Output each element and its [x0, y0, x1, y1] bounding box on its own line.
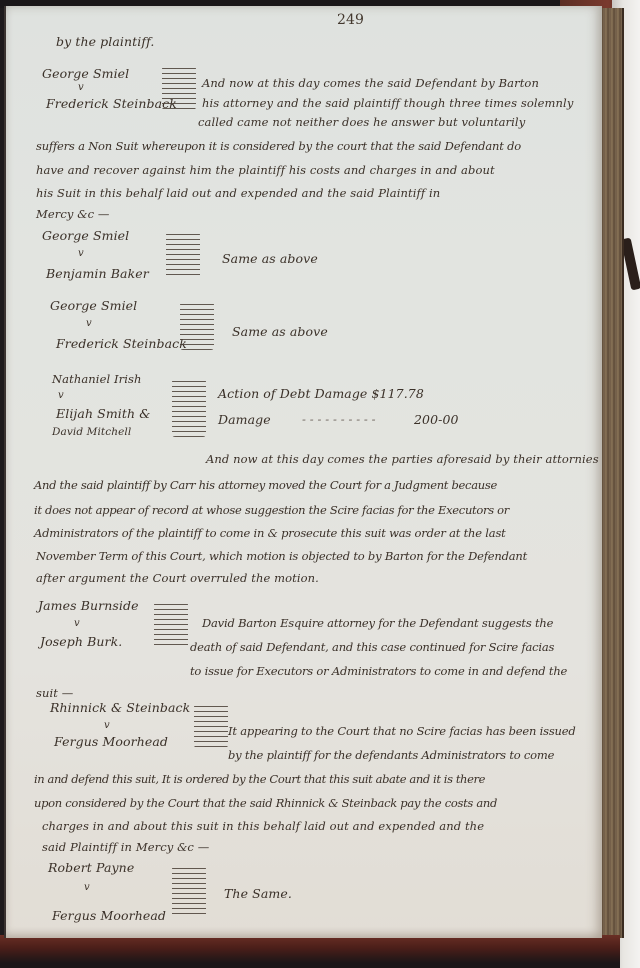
book-cover-bottom — [0, 935, 620, 968]
entry-text-line: The Same. — [224, 886, 292, 901]
entry-text-line: suit — — [36, 686, 73, 700]
damage-amount: 200-00 — [414, 412, 459, 427]
bracket-icon — [172, 866, 206, 918]
entry-text-line: November Term of this Court, which motio… — [36, 549, 527, 563]
plaintiff-name: James Burnside — [38, 598, 139, 613]
entry-text-line: after argument the Court overruled the m… — [36, 571, 319, 585]
entry-text-line: to issue for Executors or Administrators… — [190, 664, 567, 678]
entry-text-line: And now at this day comes the said Defen… — [202, 76, 539, 90]
entry-text-line: It appearing to the Court that no Scire … — [228, 724, 576, 738]
versus-mark: v — [104, 720, 110, 731]
defendant-name: Joseph Burk. — [40, 634, 122, 649]
entry-text-line: Mercy &c — — [36, 207, 110, 221]
bracket-icon — [194, 704, 228, 748]
defendant-name: Fergus Moorhead — [52, 908, 166, 923]
versus-mark: v — [58, 390, 64, 401]
entry-text-line: it does not appear of record at whose su… — [34, 503, 509, 517]
entry-text-line: Action of Debt Damage $117.78 — [218, 386, 424, 401]
plaintiff-name: George Smiel — [42, 66, 129, 81]
entry-text-line: Administrators of the plaintiff to come … — [34, 526, 506, 540]
entry-text-line: suffers a Non Suit whereupon it is consi… — [36, 139, 521, 153]
versus-mark: v — [74, 618, 80, 629]
ledger-page: 249 by the plaintiff. George Smiel v Fre… — [4, 6, 602, 938]
plaintiff-name: Rhinnick & Steinback — [50, 700, 190, 715]
defendant-name-2: David Mitchell — [52, 426, 131, 438]
defendant-name: Frederick Steinback — [56, 336, 187, 351]
plaintiff-name: Robert Payne — [48, 860, 134, 875]
entry-text-line: upon considered by the Court that the sa… — [34, 796, 497, 810]
plaintiff-name: George Smiel — [50, 298, 137, 313]
versus-mark: v — [78, 248, 84, 259]
versus-mark: v — [78, 82, 84, 93]
entry-text-line: have and recover against him the plainti… — [36, 163, 495, 177]
bracket-icon — [172, 379, 206, 437]
defendant-name: Fergus Moorhead — [54, 734, 168, 749]
versus-mark: v — [84, 882, 90, 893]
bracket-icon — [166, 232, 200, 278]
bracket-icon — [154, 602, 188, 648]
entry-text-line: in and defend this suit, It is ordered b… — [34, 772, 485, 786]
entry-text-line: Damage — [218, 412, 271, 427]
entry-text-line: Same as above — [222, 251, 318, 266]
entry-text-line: said Plaintiff in Mercy &c — — [42, 840, 209, 854]
top-continuation: by the plaintiff. — [56, 34, 154, 49]
plaintiff-name: George Smiel — [42, 228, 129, 243]
dashed-leader: - - - - - - - - - - — [302, 412, 376, 426]
bracket-icon — [180, 302, 214, 350]
entry-text-line: charges in and about this suit in this b… — [42, 819, 484, 833]
plaintiff-name: Nathaniel Irish — [52, 372, 142, 386]
defendant-name: Elijah Smith & — [56, 406, 150, 421]
entry-text-line: called came not neither does he answer b… — [198, 115, 525, 129]
entry-text-line: And now at this day comes the parties af… — [206, 452, 599, 466]
entry-text-line: Same as above — [232, 324, 328, 339]
versus-mark: v — [86, 318, 92, 329]
entry-text-line: death of said Defendant, and this case c… — [190, 640, 554, 654]
bracket-icon — [162, 66, 196, 110]
entry-text-line: David Barton Esquire attorney for the De… — [202, 616, 553, 630]
entry-text-line: And the said plaintiff by Carr his attor… — [34, 478, 497, 492]
entry-text-line: his attorney and the said plaintiff thou… — [202, 96, 573, 110]
defendant-name: Frederick Steinback — [46, 96, 177, 111]
defendant-name: Benjamin Baker — [46, 266, 149, 281]
entry-text-line: his Suit in this behalf laid out and exp… — [36, 186, 440, 200]
entry-text-line: by the plaintiff for the defendants Admi… — [228, 748, 554, 762]
page-number: 249 — [337, 12, 364, 28]
